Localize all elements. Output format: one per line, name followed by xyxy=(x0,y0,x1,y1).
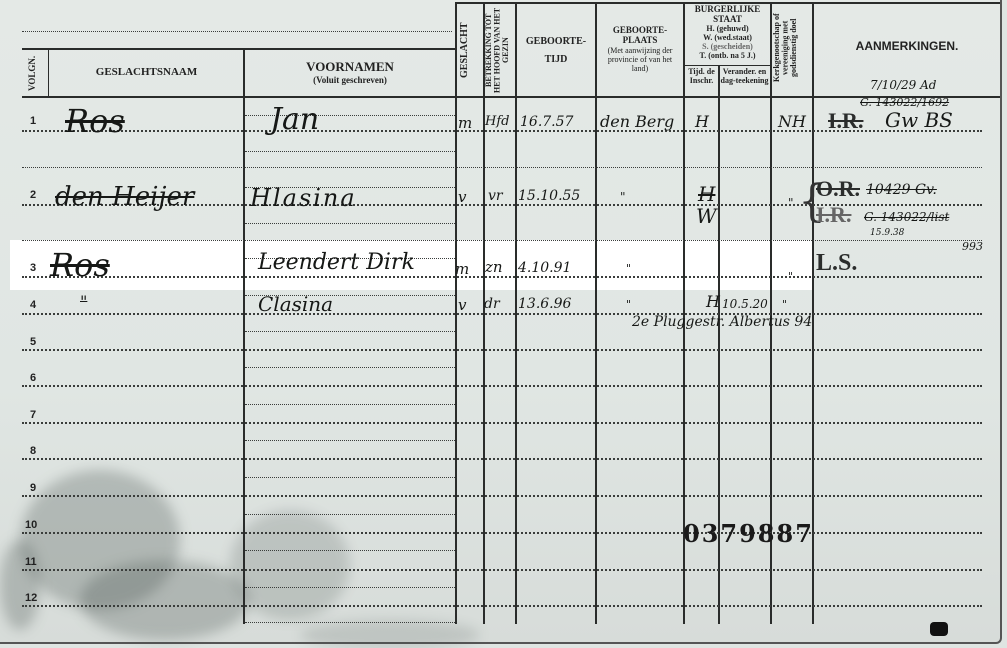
aanmerking-date: 15.9.38 xyxy=(870,228,904,238)
row-line-10 xyxy=(22,532,982,534)
header-geslachtsnaam: GESLACHTSNAAM xyxy=(50,66,243,78)
entry-kerkgenootschap: " xyxy=(788,196,794,210)
entry-geboortetijd: 16.7.57 xyxy=(520,114,573,130)
row-number: 11 xyxy=(25,556,37,568)
col-divider-voornamen xyxy=(243,48,245,624)
burgerlijke-staat-subdivider xyxy=(683,65,770,66)
row-line-5 xyxy=(22,349,982,351)
entry-burgerlijke-staat: H xyxy=(695,112,709,131)
header-verander: Verander. en dag-teekening xyxy=(719,68,770,86)
ink-blot xyxy=(930,622,948,636)
entry-betrekking: dr xyxy=(484,296,500,312)
aanmerking-note: Gw BS xyxy=(885,108,953,132)
row-number: 12 xyxy=(25,592,37,604)
entry-burgerlijke-staat-2: W xyxy=(696,204,717,228)
row-number: 2 xyxy=(30,189,36,201)
entry-kerkgenootschap: " xyxy=(788,270,793,283)
header-geboorteplaats-2: PLAATS xyxy=(597,36,683,46)
header-bs-t: T. (ontb. na 5 J.) xyxy=(685,52,770,61)
row-line-7 xyxy=(22,422,982,424)
header-kerkgenootschap: Kerkgenootschap of vereeniging met godsd… xyxy=(773,4,809,92)
entry-betrekking: vr xyxy=(488,188,503,204)
entry-geslacht: m xyxy=(458,114,472,132)
entry-burgerlijke-staat: H xyxy=(706,292,720,311)
voornamen-subline xyxy=(245,331,455,332)
row-subline-1 xyxy=(22,167,982,168)
entry-betrekking: zn xyxy=(485,258,503,276)
entry-geslacht: v xyxy=(458,188,466,206)
row-line-11 xyxy=(22,569,982,571)
row-number: 9 xyxy=(30,482,36,494)
entry-betrekking: Hfd xyxy=(485,114,509,129)
header-geslacht: GESLACHT xyxy=(460,8,478,92)
row-line-6 xyxy=(22,385,982,387)
entry-geboortetijd: 13.6.96 xyxy=(518,296,571,312)
entry-voornamen: Hlasina xyxy=(250,184,357,212)
entry-kerkgenootschap: " xyxy=(782,298,787,311)
entry-voornamen: Clasina xyxy=(258,292,333,316)
serial-number: 0379887 xyxy=(683,519,814,548)
voornamen-subline xyxy=(245,404,455,405)
voornamen-subline xyxy=(245,440,455,441)
header-geboortetijd-2: TIJD xyxy=(517,54,595,65)
entry-geslacht: m xyxy=(455,260,469,278)
aanmerking-stamp-ir: I.R. xyxy=(828,108,863,134)
aanmerking-date: 7/10/29 Ad xyxy=(870,78,936,92)
aanmerking-num: 993 xyxy=(962,240,983,253)
entry-geslachtsnaam: den Heijer xyxy=(55,182,194,212)
row-line-4 xyxy=(22,313,982,315)
row-number: 1 xyxy=(30,115,36,127)
voornamen-subline xyxy=(245,587,455,588)
entry-geslachtsnaam: " xyxy=(80,292,87,311)
row-line-8 xyxy=(22,458,982,460)
entry-note: 2e Pluggestr. Albertus 94 xyxy=(632,314,812,330)
header-top-line xyxy=(22,48,455,50)
aanmerking-ref: G. 143022/1692 xyxy=(860,96,949,109)
stain xyxy=(80,560,250,640)
row-number: 6 xyxy=(30,372,36,384)
voornamen-subline xyxy=(245,223,455,224)
aanmerking-or-ref: 10429 Gv. xyxy=(866,182,937,198)
row-line-12 xyxy=(22,605,982,607)
row-line-9 xyxy=(22,495,982,497)
entry-geslachtsnaam: Ros xyxy=(50,246,110,284)
row-number: 3 xyxy=(30,262,36,274)
voornamen-subline xyxy=(245,622,455,623)
header-betrekking: BETREKKING TOT HET HOOFD VAN HET GEZIN xyxy=(485,6,513,94)
entry-geslacht: v xyxy=(458,296,466,314)
stain xyxy=(230,510,350,620)
header-geboortetijd-1: GEBOORTE- xyxy=(517,36,595,47)
row-subline-2 xyxy=(22,240,982,241)
voornamen-subline xyxy=(245,514,455,515)
entry-geboorteplaats: " xyxy=(626,298,631,311)
voornamen-subline xyxy=(245,151,455,152)
entry-geboorteplaats: den Berg xyxy=(600,112,674,131)
stain xyxy=(300,620,480,648)
col-divider-volgn xyxy=(48,48,49,98)
entry-voornamen: Jan xyxy=(270,102,319,137)
header-tijd-inschr: Tijd. de Inschr. xyxy=(685,68,718,86)
top-dotted-line xyxy=(22,31,452,32)
entry-voornamen: Leendert Dirk xyxy=(258,250,415,275)
header-burgerlijke-staat: BURGERLIJKE STAAT xyxy=(685,5,770,25)
entry-kerkgenootschap: NH xyxy=(778,112,806,131)
row-number: 8 xyxy=(30,445,36,457)
header-bottom-line xyxy=(22,96,1000,98)
aanmerking-stamp-or: O.R. xyxy=(816,176,860,202)
header-volgn: VOLGN. xyxy=(28,52,42,94)
row-number: 4 xyxy=(30,299,36,311)
registration-card: VOLGN. GESLACHTSNAAM VOORNAMEN (Voluit g… xyxy=(0,0,1002,644)
entry-geboortetijd: 15.10.55 xyxy=(518,188,580,204)
aanmerking-ir-ref: G. 143022/list xyxy=(864,210,949,224)
entry-geboorteplaats: " xyxy=(620,190,626,204)
voornamen-subline xyxy=(245,477,455,478)
entry-geslachtsnaam: Ros xyxy=(65,102,125,140)
aanmerking-stamp-ir: I.R. xyxy=(816,202,851,228)
entry-verander: 10.5.20 xyxy=(722,297,768,311)
header-voornamen: VOORNAMEN xyxy=(245,60,455,74)
stain xyxy=(0,540,40,630)
row-number: 10 xyxy=(25,519,37,531)
row-number: 5 xyxy=(30,336,36,348)
header-voornamen-sub: (Voluit geschreven) xyxy=(245,76,455,86)
header-aanmerkingen: AANMERKINGEN. xyxy=(814,40,1000,53)
row-number: 7 xyxy=(30,409,36,421)
header-geboorteplaats-sub: (Met aanwijzing der provincie of van het… xyxy=(600,47,680,73)
entry-geboorteplaats: " xyxy=(626,262,631,275)
entry-burgerlijke-staat: H xyxy=(698,182,715,206)
aanmerking-stamp-ls: L.S. xyxy=(816,250,857,277)
voornamen-subline xyxy=(245,367,455,368)
voornamen-subline xyxy=(245,550,455,551)
entry-geboortetijd: 4.10.91 xyxy=(518,260,571,276)
